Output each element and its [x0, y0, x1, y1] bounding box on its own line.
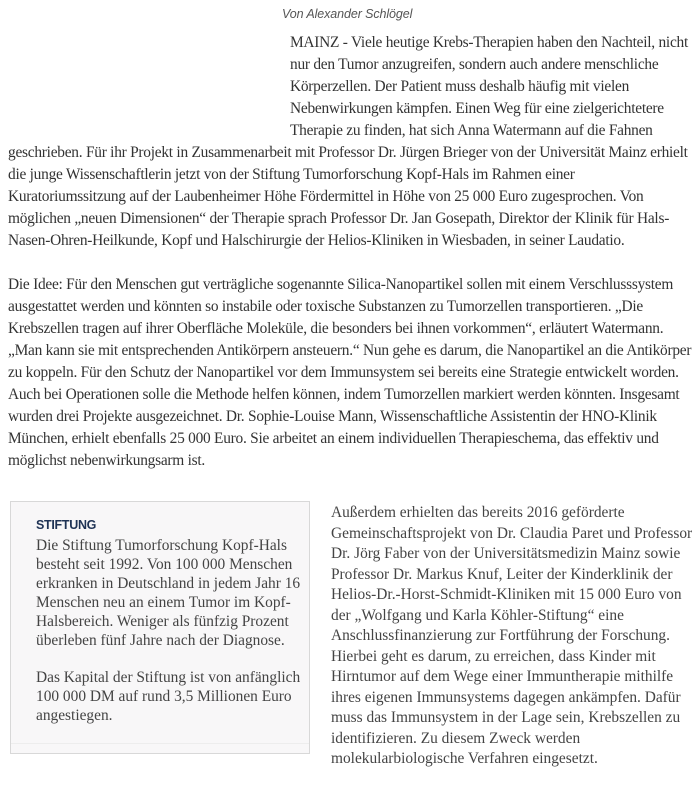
info-box-content: STIFTUNG Die Stiftung Tumorforschung Kop…	[36, 518, 306, 725]
info-box-title: STIFTUNG	[36, 518, 306, 532]
article-body: MAINZ - Viele heutige Krebs-Therapien ha…	[8, 0, 692, 472]
article-right-column: Außerdem erhielten das bereits 2016 gefö…	[331, 503, 693, 770]
article-paragraph-additional: Außerdem erhielten das bereits 2016 gefö…	[331, 503, 693, 770]
info-box-paragraph: Die Stiftung Tumorforschung Kopf-Hals be…	[36, 536, 306, 650]
layout-spacer	[8, 0, 290, 132]
article-paragraph-idea: Die Idee: Für den Menschen gut verträgli…	[8, 274, 692, 472]
info-box-paragraph: Das Kapital der Stiftung ist von anfängl…	[36, 668, 306, 725]
info-box-divider	[11, 743, 309, 744]
info-box-stiftung: STIFTUNG Die Stiftung Tumorforschung Kop…	[10, 501, 310, 754]
